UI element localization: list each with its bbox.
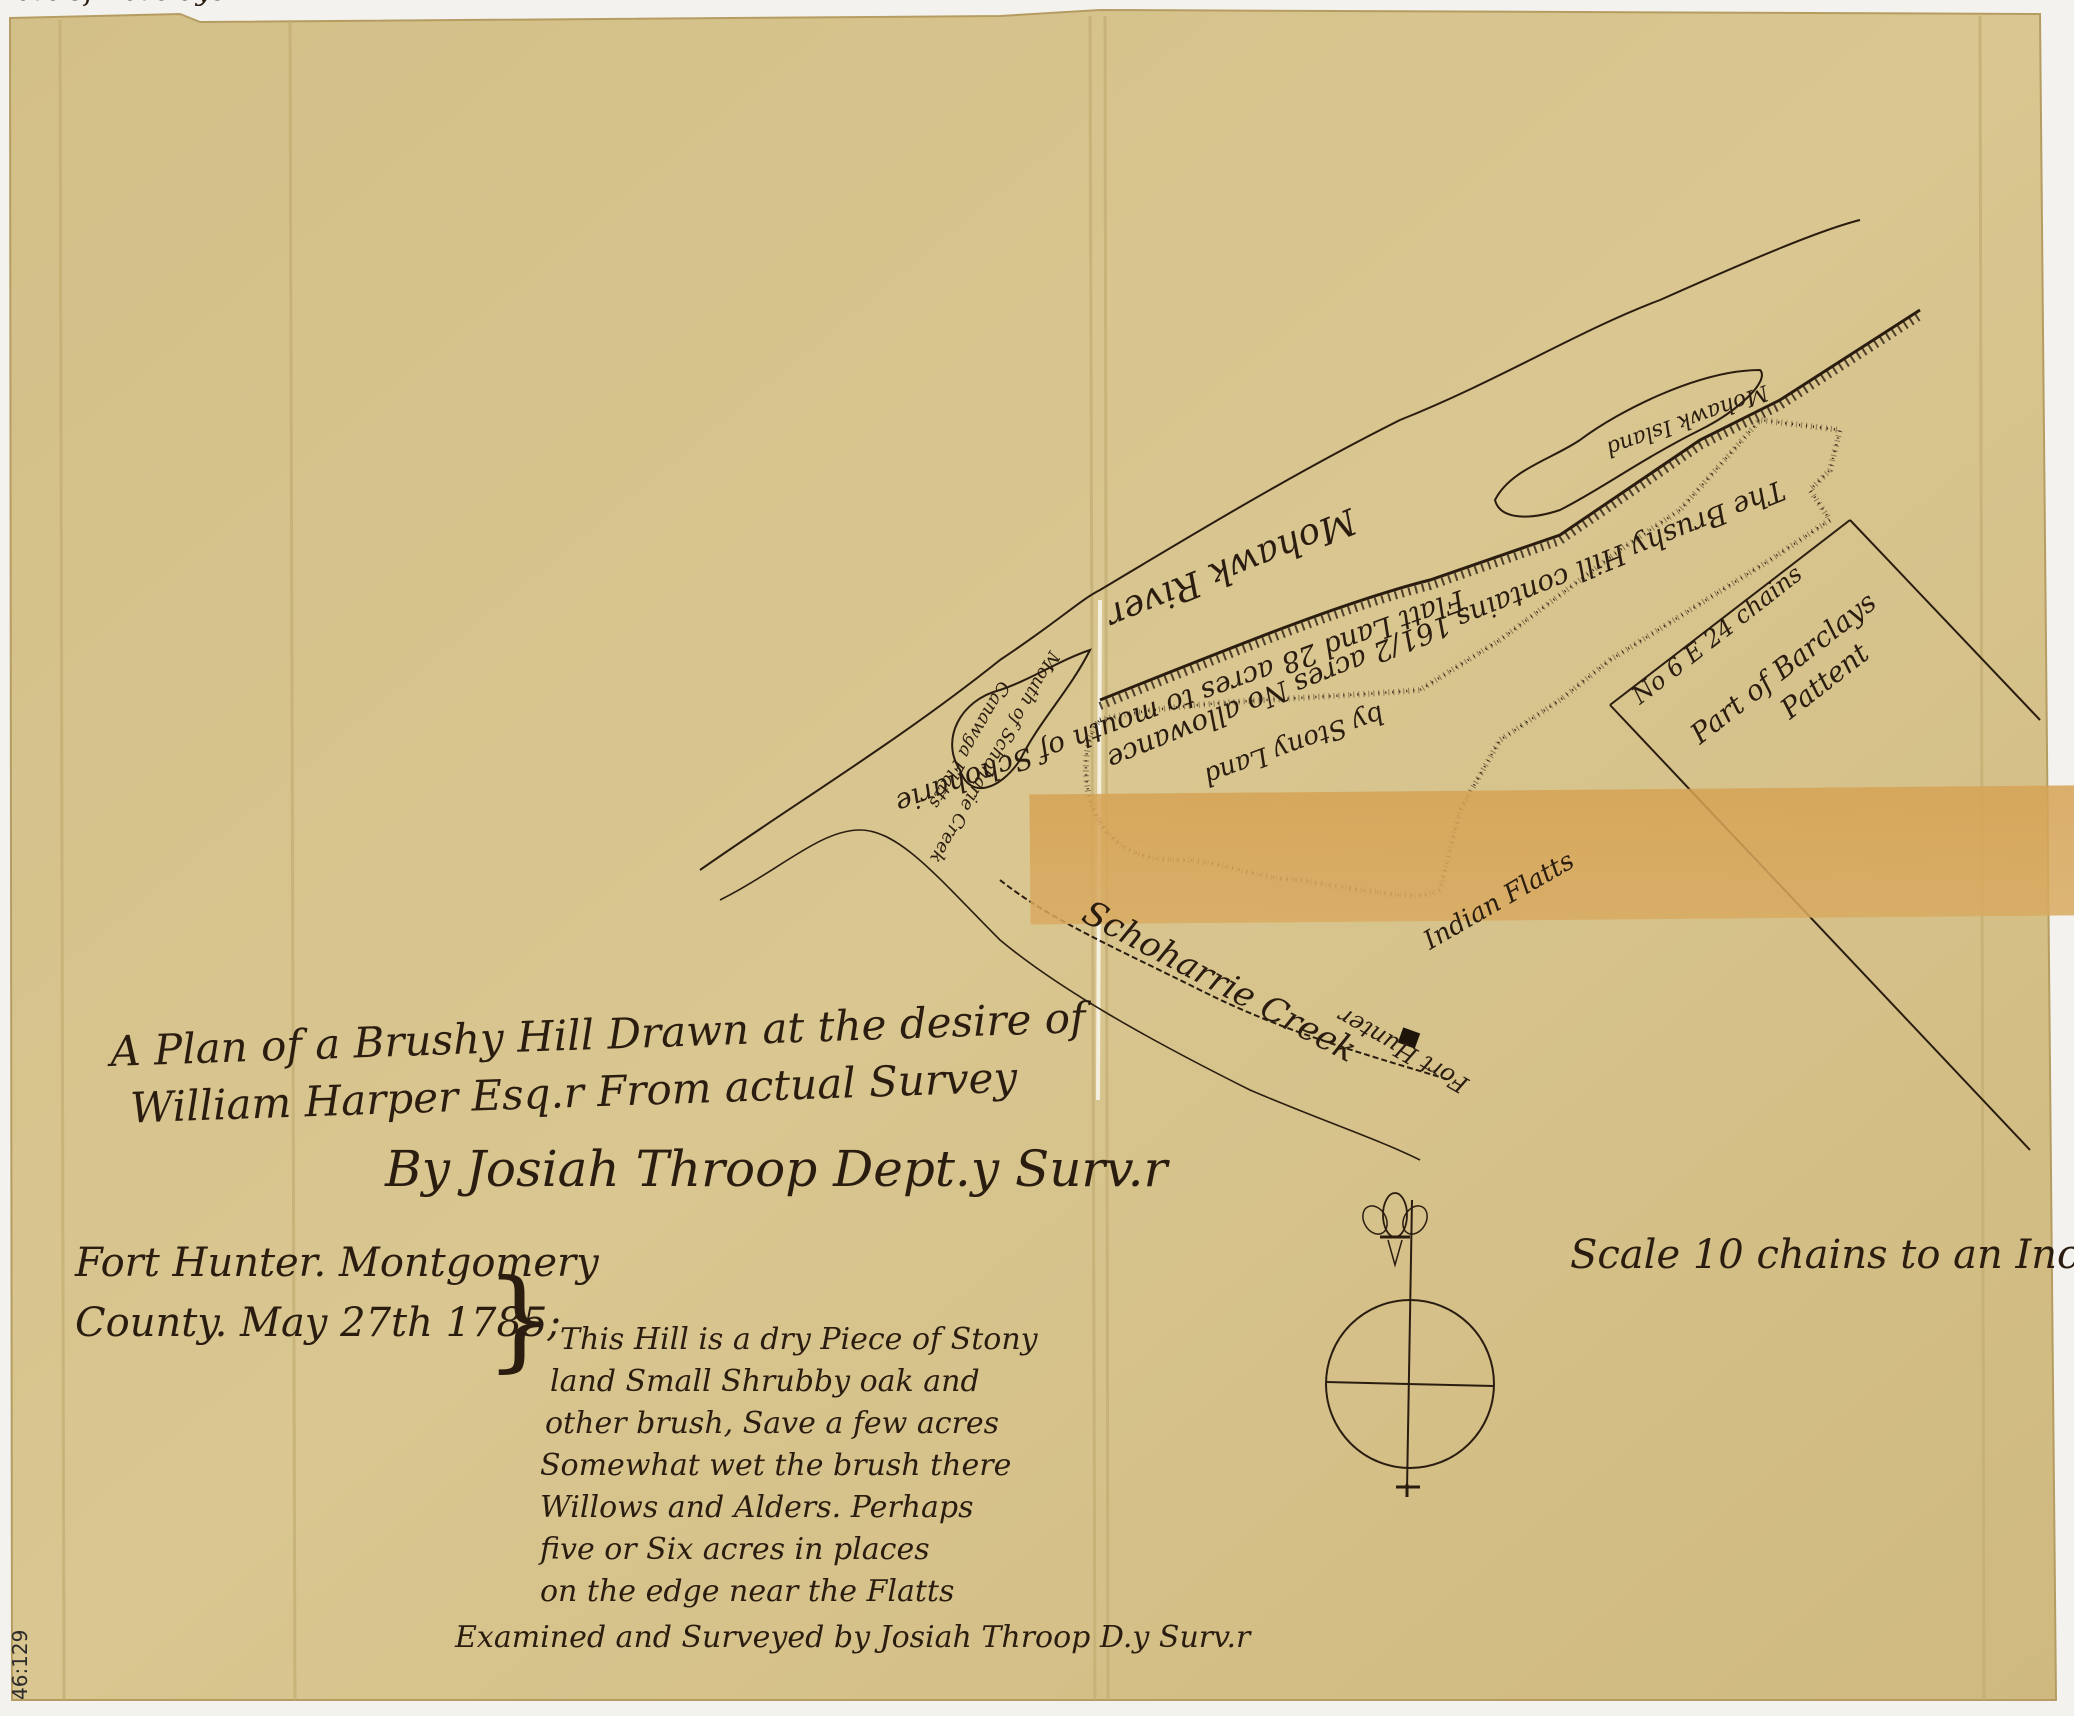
map-sheet: Mohawk River Mohawk Island Flatt Land 28… — [0, 0, 2074, 1716]
description-line-3: other brush, Save a few acres — [545, 1404, 999, 1444]
title-surveyor: By Josiah Throop Dept.y Surv.r — [385, 1140, 1167, 1198]
description-line-2: land Small Shrubby oak and — [550, 1362, 980, 1402]
description-line-1: This Hill is a dry Piece of Stony — [560, 1320, 1038, 1360]
description-line-5: Willows and Alders. Perhaps — [540, 1488, 973, 1528]
brace: } — [485, 1255, 555, 1383]
description-line-4: Somewhat wet the brush there — [540, 1446, 1011, 1486]
description-line-6: five or Six acres in places — [540, 1530, 930, 1570]
scale-label: Scale 10 chains to an Inch — [1570, 1232, 2074, 1278]
examined-surveyed-line: Examined and Surveyed by Josiah Throop D… — [455, 1620, 1250, 1655]
description-line-7: on the edge near the Flatts — [540, 1572, 954, 1612]
catalog-number: 46:129 — [8, 1630, 32, 1700]
label-barclay-part: Part of Barclays — [0, 0, 226, 7]
